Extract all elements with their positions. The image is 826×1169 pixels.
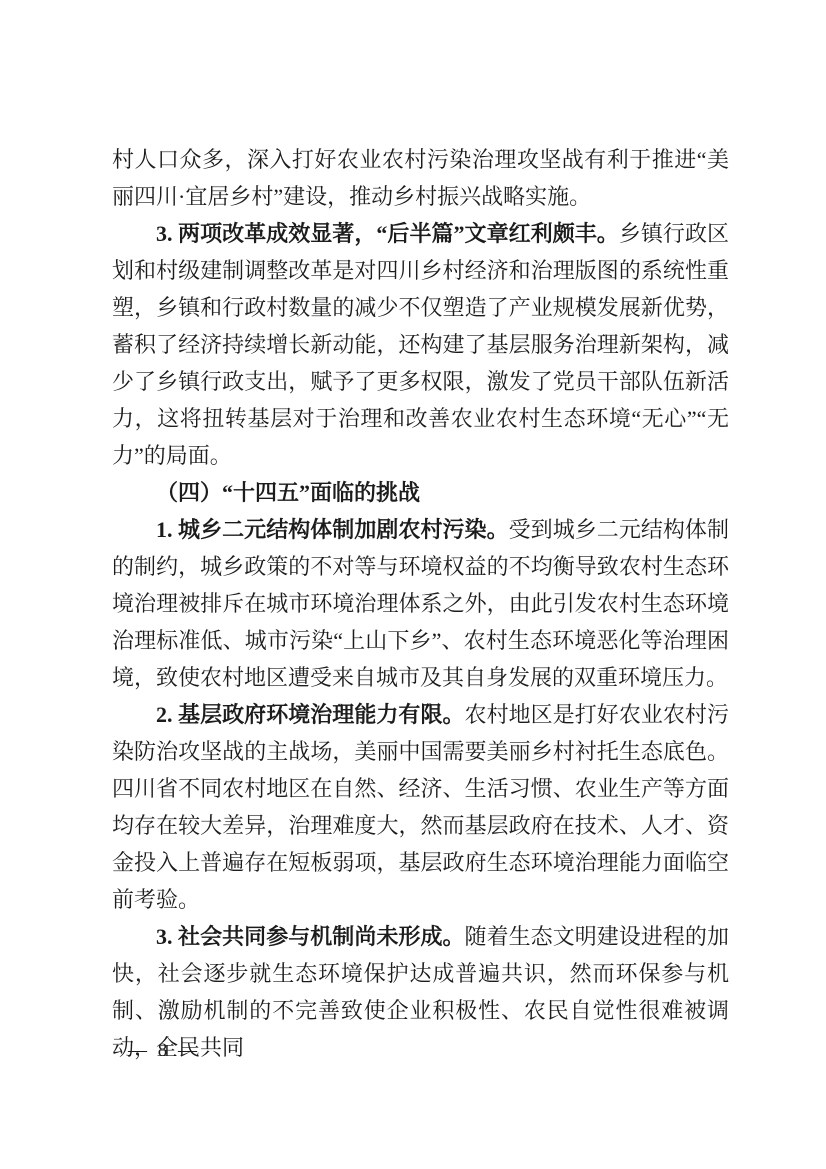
emphasis-run: 2. 基层政府环境治理能力有限。 (156, 702, 465, 727)
text-run: 村人口众多，深入打好农业农村污染治理攻坚战有利于推进“美丽四川·宜居乡村”建设，… (112, 147, 729, 209)
emphasis-run: 3. 两项改革成效显著，“后半篇”文章红利颇丰。 (156, 221, 619, 246)
document-body: 村人口众多，深入打好农业农村污染治理攻坚战有利于推进“美丽四川·宜居乡村”建设，… (112, 141, 729, 1066)
page-number: — 8 — (128, 1040, 200, 1061)
text-run: 乡镇行政区划和村级建制调整改革是对四川乡村经济和治理版图的系统性重塑，乡镇和行政… (112, 221, 729, 468)
emphasis-run: 1. 城乡二元结构体制加剧农村污染。 (156, 517, 509, 542)
text-run: 农村地区是打好农业农村污染防治攻坚战的主战场，美丽中国需要美丽乡村衬托生态底色。… (112, 702, 729, 912)
text-run: 受到城乡二元结构体制的制约，城乡政策的不对等与环境权益的不均衡导致农村生态环境治… (112, 517, 729, 690)
paragraph: 村人口众多，深入打好农业农村污染治理攻坚战有利于推进“美丽四川·宜居乡村”建设，… (112, 141, 729, 215)
emphasis-run: 3. 社会共同参与机制尚未形成。 (156, 924, 465, 949)
section-heading: （四）“十四五”面临的挑战 (112, 474, 729, 511)
paragraph: 2. 基层政府环境治理能力有限。农村地区是打好农业农村污染防治攻坚战的主战场，美… (112, 696, 729, 918)
paragraph: 3. 两项改革成效显著，“后半篇”文章红利颇丰。乡镇行政区划和村级建制调整改革是… (112, 215, 729, 474)
emphasis-run: （四）“十四五”面临的挑战 (156, 480, 420, 505)
page-footer: — 8 — (128, 1038, 200, 1064)
paragraph: 3. 社会共同参与机制尚未形成。随着生态文明建设进程的加快，社会逐步就生态环境保… (112, 918, 729, 1066)
document-page: 村人口众多，深入打好农业农村污染治理攻坚战有利于推进“美丽四川·宜居乡村”建设，… (0, 0, 826, 1169)
paragraph: 1. 城乡二元结构体制加剧农村污染。受到城乡二元结构体制的制约，城乡政策的不对等… (112, 511, 729, 696)
